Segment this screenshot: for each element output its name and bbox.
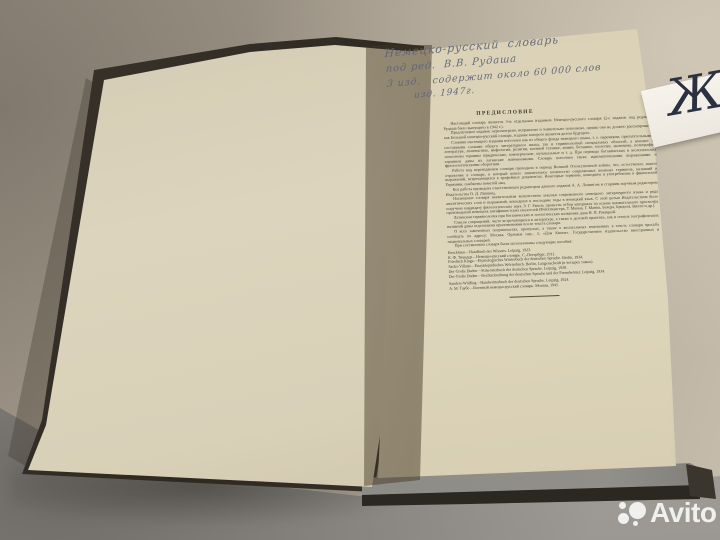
bibliography-list: Brockhaus—Handbuch des Wissens. Leipzig,… [448, 244, 661, 292]
avito-brand-text: Avito [650, 497, 716, 529]
avito-watermark: Avito [608, 496, 720, 532]
slip-letter: Ж [662, 61, 720, 128]
photo-scene: Немецко-русский словарь под ред. В.В. Ру… [0, 0, 720, 540]
preface-text-block: ПРЕДИСЛОВИЕ Настоящий словарь является 3… [443, 105, 661, 300]
